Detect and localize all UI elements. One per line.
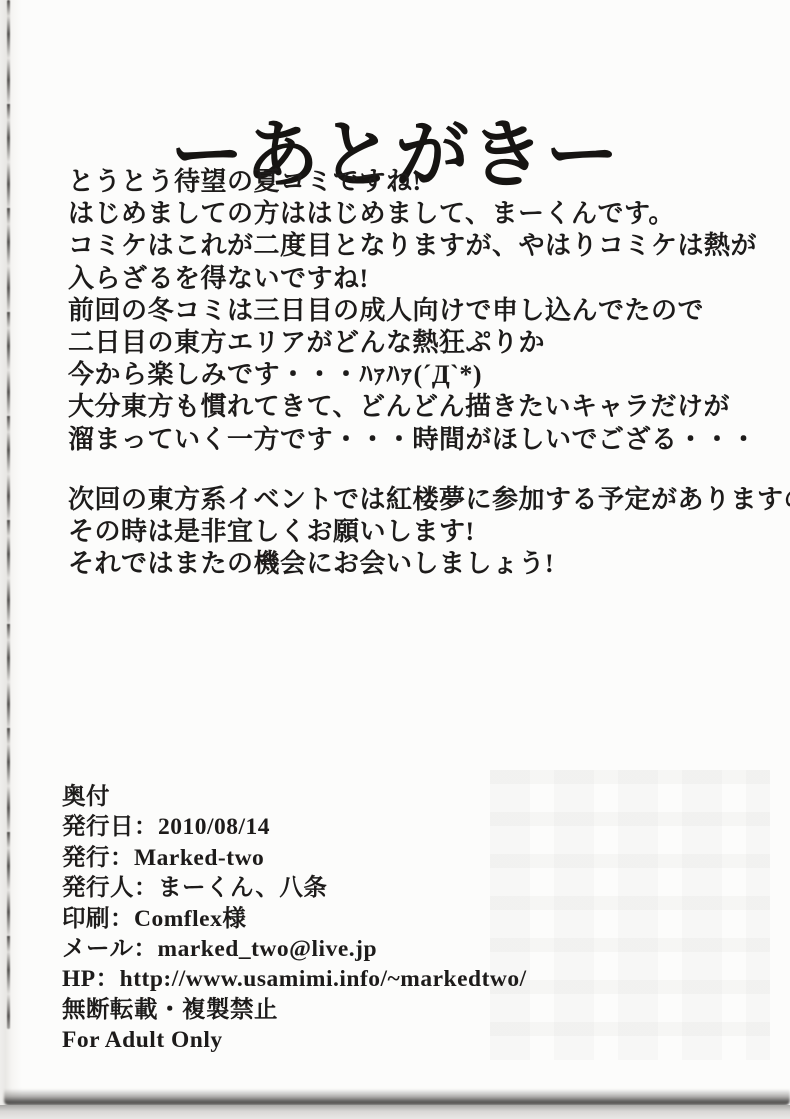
afterword-line: コミケはこれが二度目となりますが、やはりコミケは熱が [68,230,768,262]
paragraph-gap [68,456,768,484]
colophon: 奥付 発行日：2010/08/14 発行：Marked-two 発行人：まーくん… [62,782,762,1056]
colophon-publish-date: 発行日：2010/08/14 [62,812,762,842]
colophon-printer: 印刷：Comflex様 [62,904,762,934]
afterword-body: とうとう待望の夏コミですね! はじめましての方ははじめまして、まーくんです。 コ… [68,166,768,580]
afterword-line: 大分東方も慣れてきて、どんどん描きたいキャラだけが [68,391,768,423]
colophon-homepage: HP：http://www.usamimi.info/~markedtwo/ [62,964,762,994]
colophon-adult-rating: For Adult Only [62,1025,762,1055]
afterword-line: 次回の東方系イベントでは紅楼夢に参加する予定がありますので [68,484,768,516]
afterword-line: とうとう待望の夏コミですね! [68,166,768,198]
afterword-line: 今から楽しみです・・・ﾊｧﾊｧ(´Д`*) [68,359,768,391]
colophon-email: メール：marked_two@live.jp [62,934,762,964]
afterword-line: 溜まっていく一方です・・・時間がほしいでござる・・・ [68,424,768,456]
colophon-reproduction-notice: 無断転載・複製禁止 [62,995,762,1025]
afterword-line: それではまたの機会にお会いしましょう! [68,548,768,580]
afterword-line: 前回の冬コミは三日目の成人向けで申し込んでたので [68,295,768,327]
colophon-publisher: 発行：Marked-two [62,843,762,873]
page-bottom-shadow [4,1089,790,1106]
colophon-heading: 奥付 [62,782,762,812]
scanner-background-strip [0,1105,790,1119]
afterword-line: その時は是非宜しくお願いします! [68,516,768,548]
scanned-page: ーあとがきー とうとう待望の夏コミですね! はじめましての方ははじめまして、まー… [0,0,790,1119]
afterword-line: 入らざるを得ないですね! [68,263,768,295]
afterword-line: はじめましての方ははじめまして、まーくんです。 [68,198,768,230]
colophon-authors: 発行人：まーくん、八条 [62,873,762,903]
afterword-line: 二日目の東方エリアがどんな熱狂ぷりか [68,327,768,359]
